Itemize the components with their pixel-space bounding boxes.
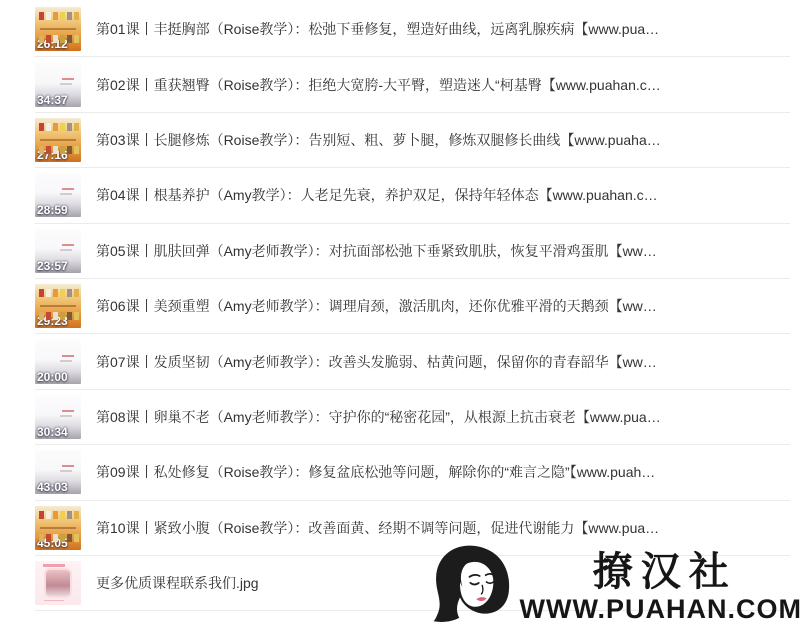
list-item[interactable]: 27:16 第03课丨长腿修炼（Roise教学）：告别短、粗、萝卜腿，修炼双腿修… (35, 113, 790, 168)
page-root: 26:12 第01课丨丰挺胸部（Roise教学）：松弛下垂修复，塑造好曲线，远离… (0, 0, 806, 631)
item-title[interactable]: 第03课丨长腿修炼（Roise教学）：告别短、粗、萝卜腿，修炼双腿修长曲线【ww… (96, 130, 790, 150)
video-thumbnail[interactable]: 28:59 (35, 173, 81, 217)
list-item[interactable]: 20:00 第07课丨发质坚韧（Amy老师教学）：改善头发脆弱、枯黄问题，保留你… (35, 334, 790, 389)
list-item[interactable]: 26:12 第01课丨丰挺胸部（Roise教学）：松弛下垂修复，塑造好曲线，远离… (35, 2, 790, 57)
duration-badge: 27:16 (37, 149, 68, 161)
site-watermark: 撩汉社 WWW.PUAHAN.COM (424, 541, 802, 623)
list-item[interactable]: 28:59 第04课丨根基养护（Amy教学）：人老足先衰，养护双足，保持年轻体态… (35, 168, 790, 223)
duration-badge: 28:59 (37, 204, 68, 216)
video-thumbnail[interactable]: 45:05 (35, 506, 81, 550)
duration-badge: 26:12 (37, 38, 68, 50)
item-title[interactable]: 第01课丨丰挺胸部（Roise教学）：松弛下垂修复，塑造好曲线，远离乳腺疾病【w… (96, 19, 790, 39)
video-thumbnail[interactable] (35, 561, 81, 605)
duration-badge: 29:23 (37, 315, 68, 327)
video-thumbnail[interactable]: 20:00 (35, 340, 81, 384)
duration-badge: 20:00 (37, 371, 68, 383)
list-item[interactable]: 34:37 第02课丨重获翘臀（Roise教学）：拒绝大宽胯-大平臀，塑造迷人“… (35, 57, 790, 112)
list-item[interactable]: 29:23 第06课丨美颈重塑（Amy老师教学）：调理肩颈，激活肌肉，还你优雅平… (35, 279, 790, 334)
video-thumbnail[interactable]: 27:16 (35, 118, 81, 162)
video-thumbnail[interactable]: 43:03 (35, 450, 81, 494)
video-thumbnail[interactable]: 26:12 (35, 7, 81, 51)
duration-badge: 23:57 (37, 260, 68, 272)
video-thumbnail[interactable]: 34:37 (35, 63, 81, 107)
duration-badge: 30:34 (37, 426, 68, 438)
item-title[interactable]: 第04课丨根基养护（Amy教学）：人老足先衰，养护双足，保持年轻体态【www.p… (96, 185, 790, 205)
item-title[interactable]: 第05课丨肌肤回弹（Amy老师教学）：对抗面部松弛下垂紧致肌肤，恢复平滑鸡蛋肌【… (96, 241, 790, 261)
watermark-site-url: WWW.PUAHAN.COM (520, 596, 802, 623)
video-thumbnail[interactable]: 23:57 (35, 229, 81, 273)
item-title[interactable]: 第09课丨私处修复（Roise教学）：修复盆底松弛等问题，解除你的“难言之隐”【… (96, 462, 790, 482)
watermark-text-block: 撩汉社 WWW.PUAHAN.COM (520, 552, 802, 623)
duration-badge: 34:37 (37, 94, 68, 106)
list-item[interactable]: 30:34 第08课丨卵巢不老（Amy老师教学）：守护你的“秘密花园”，从根源上… (35, 390, 790, 445)
woman-face-icon (424, 541, 520, 623)
item-title[interactable]: 第10课丨紧致小腹（Roise教学）：改善面黄、经期不调等问题，促进代谢能力【w… (96, 518, 790, 538)
duration-badge: 43:03 (37, 481, 68, 493)
video-thumbnail[interactable]: 30:34 (35, 395, 81, 439)
item-title[interactable]: 第02课丨重获翘臀（Roise教学）：拒绝大宽胯-大平臀，塑造迷人“柯基臀【ww… (96, 75, 790, 95)
watermark-logo-text: 撩汉社 (585, 552, 737, 592)
item-title[interactable]: 第08课丨卵巢不老（Amy老师教学）：守护你的“秘密花园”，从根源上抗击衰老【w… (96, 407, 790, 427)
list-item[interactable]: 43:03 第09课丨私处修复（Roise教学）：修复盆底松弛等问题，解除你的“… (35, 445, 790, 500)
list-item[interactable]: 23:57 第05课丨肌肤回弹（Amy老师教学）：对抗面部松弛下垂紧致肌肤，恢复… (35, 224, 790, 279)
course-file-list: 26:12 第01课丨丰挺胸部（Roise教学）：松弛下垂修复，塑造好曲线，远离… (35, 2, 790, 611)
item-title[interactable]: 第07课丨发质坚韧（Amy老师教学）：改善头发脆弱、枯黄问题，保留你的青春韶华【… (96, 352, 790, 372)
duration-badge: 45:05 (37, 537, 68, 549)
video-thumbnail[interactable]: 29:23 (35, 284, 81, 328)
item-title[interactable]: 第06课丨美颈重塑（Amy老师教学）：调理肩颈，激活肌肉，还你优雅平滑的天鹅颈【… (96, 296, 790, 316)
